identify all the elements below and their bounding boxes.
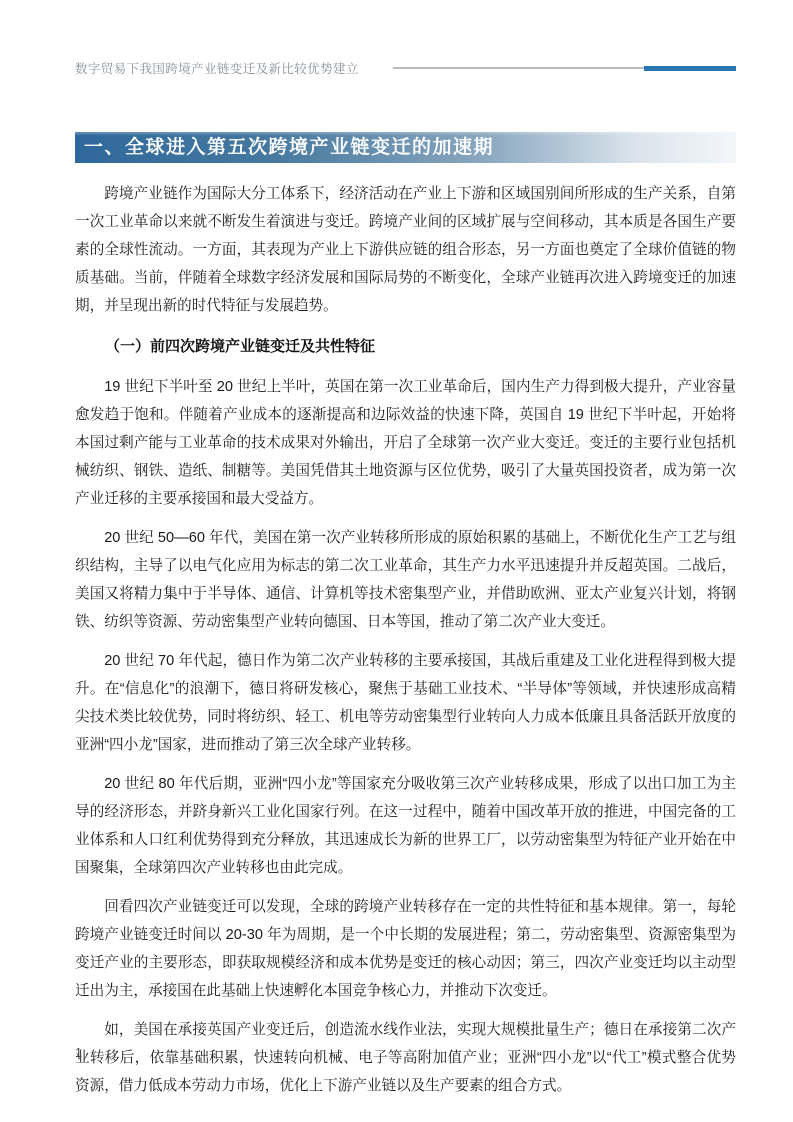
paragraph-second-migration: 20 世纪 50—60 年代，美国在第一次产业转移所形成的原始积累的基础上，不断… <box>75 524 736 636</box>
header-rule <box>393 66 736 71</box>
paragraph-third-migration: 20 世纪 70 年代起，德日作为第二次产业转移的主要承接国，其战后重建及工业化… <box>75 647 736 759</box>
paragraph-examples: 如，美国在承接英国产业变迁后，创造流水线作业法，实现大规模批量生产；德日在承接第… <box>75 1016 736 1100</box>
paragraph-fourth-migration: 20 世纪 80 年代后期，亚洲“四小龙”等国家充分吸收第三次产业转移成果，形成… <box>75 770 736 882</box>
section-title-banner: 一、全球进入第五次跨境产业链变迁的加速期 <box>75 132 736 163</box>
document-body: 跨境产业链作为国际大分工体系下，经济活动在产业上下游和区域国别间所形成的生产关系… <box>75 180 736 1100</box>
document-page: 数字贸易下我国跨境产业链变迁及新比较优势建立 一、全球进入第五次跨境产业链变迁的… <box>0 0 793 1122</box>
paragraph-common-features: 回看四次产业链变迁可以发现，全球的跨境产业转移存在一定的共性特征和基本规律。第一… <box>75 893 736 1005</box>
subsection-title: （一）前四次跨境产业链变迁及共性特征 <box>75 335 736 359</box>
paragraph-intro: 跨境产业链作为国际大分工体系下，经济活动在产业上下游和区域国别间所形成的生产关系… <box>75 180 736 320</box>
paragraph-first-migration: 19 世纪下半叶至 20 世纪上半叶，英国在第一次工业革命后，国内生产力得到极大… <box>75 373 736 513</box>
header-rule-blue-accent <box>644 66 736 71</box>
header-rule-gray-line <box>393 67 644 69</box>
page-number: 1 <box>75 1046 82 1060</box>
page-header: 数字贸易下我国跨境产业链变迁及新比较优势建立 <box>75 58 736 78</box>
running-head-title: 数字贸易下我国跨境产业链变迁及新比较优势建立 <box>75 59 359 77</box>
